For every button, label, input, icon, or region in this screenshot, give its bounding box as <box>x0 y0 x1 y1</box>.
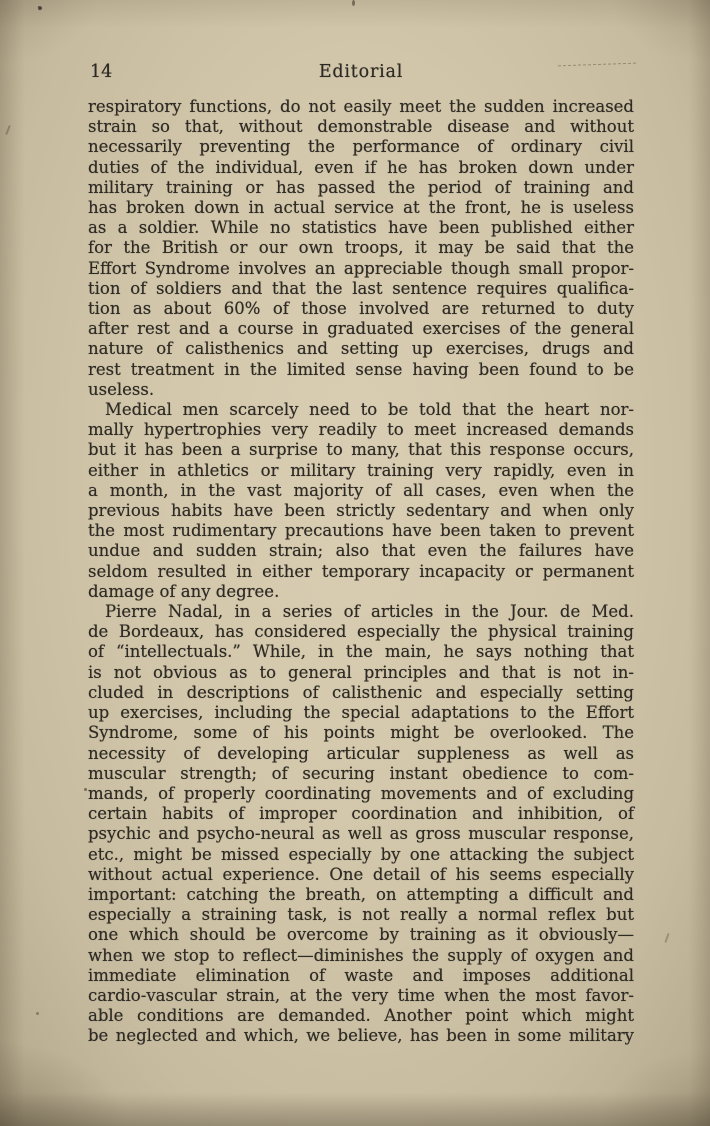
text-line: especially a straining task, is not real… <box>88 905 634 925</box>
text-line: psychic and psycho-neural as well as gro… <box>88 824 634 844</box>
text-line: cluded in descriptions of calisthenic an… <box>88 683 634 703</box>
text-line: respiratory functions, do not easily mee… <box>88 97 634 117</box>
margin-mark <box>84 788 87 791</box>
text-line: Pierre Nadal, in a series of articles in… <box>88 602 634 622</box>
text-line: muscular strength; of securing instant o… <box>88 764 634 784</box>
text-line: seldom resulted in either temporary inca… <box>88 562 634 582</box>
body-text: respiratory functions, do not easily mee… <box>88 97 634 1047</box>
margin-mark <box>664 933 669 943</box>
scanned-book-page: 14 Editorial respiratory functions, do n… <box>0 0 710 1126</box>
text-line: one which should be overcome by training… <box>88 925 634 945</box>
text-line: either in athletics or military training… <box>88 461 634 481</box>
ink-speck <box>38 6 43 11</box>
text-line: without actual experience. One detail of… <box>88 865 634 885</box>
ink-speck <box>352 0 355 6</box>
text-line: cardio-vascular strain, at the very time… <box>88 986 634 1006</box>
text-line: necessity of developing articular supple… <box>88 744 634 764</box>
text-line: undue and sudden strain; also that even … <box>88 541 634 561</box>
text-line: be neglected and which, we believe, has … <box>88 1026 634 1046</box>
text-line: immediate elimination of waste and impos… <box>88 966 634 986</box>
text-line: tion as about 60% of those involved are … <box>88 299 634 319</box>
text-line: necessarily preventing the performance o… <box>88 137 634 157</box>
text-line: mally hypertrophies very readily to meet… <box>88 420 634 440</box>
text-line: military training or has passed the peri… <box>88 178 634 198</box>
text-line: etc., might be missed especially by one … <box>88 845 634 865</box>
text-line: Effort Syndrome involves an appreciable … <box>88 259 634 279</box>
text-line: but it has been a surprise to many, that… <box>88 440 634 460</box>
text-line: certain habits of improper coordination … <box>88 804 634 824</box>
text-line: a month, in the vast majority of all cas… <box>88 481 634 501</box>
text-line: the most rudimentary precautions have be… <box>88 521 634 541</box>
ink-speck <box>36 1012 39 1015</box>
text-line: is not obvious as to general principles … <box>88 663 634 683</box>
text-line: as a soldier. While no statistics have b… <box>88 218 634 238</box>
text-line: has broken down in actual service at the… <box>88 198 634 218</box>
running-title: Editorial <box>88 62 634 82</box>
text-line: mands, of properly coordinating movement… <box>88 784 634 804</box>
text-line: for the British or our own troops, it ma… <box>88 238 634 258</box>
text-line: strain so that, without demonstrable dis… <box>88 117 634 137</box>
text-line: tion of soldiers and that the last sente… <box>88 279 634 299</box>
text-line: of “intellectuals.” While, in the main, … <box>88 642 634 662</box>
page-header: 14 Editorial <box>88 62 634 86</box>
text-line: duties of the individual, even if he has… <box>88 158 634 178</box>
text-line: important: catching the breath, on attem… <box>88 885 634 905</box>
text-line: Medical men scarcely need to be told tha… <box>88 400 634 420</box>
text-line: able conditions are demanded. Another po… <box>88 1006 634 1026</box>
text-line: useless. <box>88 380 634 400</box>
text-line: after rest and a course in graduated exe… <box>88 319 634 339</box>
text-line: de Bordeaux, has considered especially t… <box>88 622 634 642</box>
text-line: nature of calisthenics and setting up ex… <box>88 339 634 359</box>
margin-mark <box>5 125 11 135</box>
text-line: damage of any degree. <box>88 582 634 602</box>
text-line: when we stop to reflect—diminishes the s… <box>88 946 634 966</box>
text-line: up exercises, including the special adap… <box>88 703 634 723</box>
text-line: previous habits have been strictly seden… <box>88 501 634 521</box>
text-line: rest treatment in the limited sense havi… <box>88 360 634 380</box>
text-line: Syndrome, some of his points might be ov… <box>88 723 634 743</box>
